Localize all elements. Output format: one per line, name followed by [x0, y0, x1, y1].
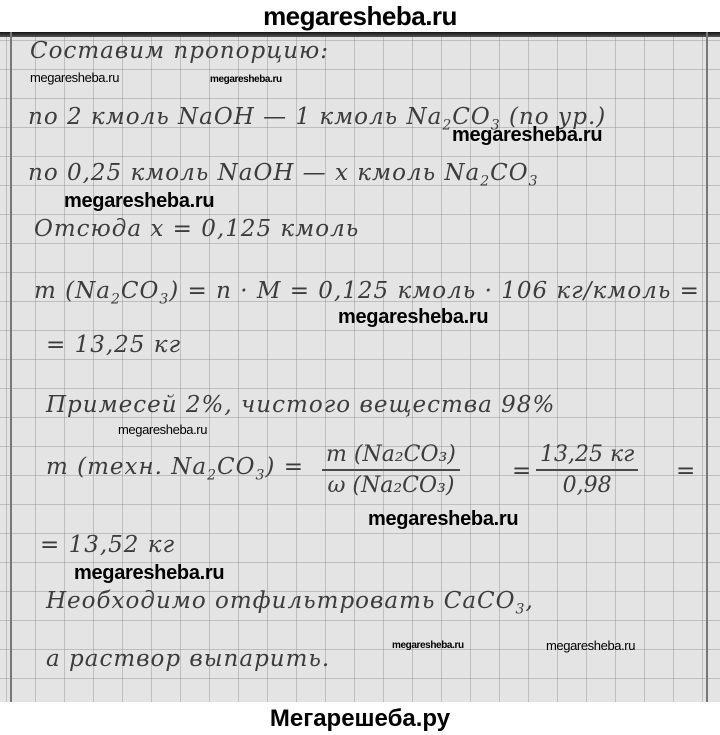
line-technical-mass: m (техн. Na2CO3) =: [46, 454, 304, 484]
watermark: megaresheba.ru: [338, 306, 488, 329]
watermark: megaresheba.ru: [210, 74, 282, 85]
watermark: megaresheba.ru: [74, 562, 224, 585]
equals-sign: =: [512, 458, 532, 484]
watermark: megaresheba.ru: [30, 70, 119, 85]
fraction-mass-over-purity: m (Na₂CO₃) ω (Na₂CO₃): [322, 442, 460, 498]
watermark: megaresheba.ru: [452, 124, 602, 147]
line-evaporate-instruction: а раствор выпарить.: [46, 646, 330, 672]
line-mass-formula: m (Na2CO3) = n · M = 0,125 кмоль · 106 к…: [34, 278, 700, 308]
watermark: megaresheba.ru: [118, 422, 207, 437]
line-proportion-heading: Составим пропорцию:: [30, 38, 329, 64]
equals-sign: =: [676, 458, 696, 484]
line-mass-result: = 13,25 кг: [46, 332, 181, 358]
watermark: megaresheba.ru: [546, 638, 635, 653]
watermark: megaresheba.ru: [64, 190, 214, 213]
line-technical-result: = 13,52 кг: [40, 532, 175, 558]
notebook-page: Составим пропорцию: megaresheba.ru megar…: [0, 32, 720, 702]
watermark: megaresheba.ru: [368, 508, 518, 531]
line-filter-instruction: Необходимо отфильтровать CaCO3,: [46, 588, 534, 618]
fraction-values: 13,25 кг 0,98: [536, 442, 638, 498]
site-header: megaresheba.ru: [0, 0, 720, 32]
fraction-numerator: 13,25 кг: [536, 442, 638, 471]
fraction-numerator: m (Na₂CO₃): [322, 442, 460, 471]
fraction-denominator: 0,98: [536, 471, 638, 498]
margin-line-left: [10, 32, 12, 702]
line-proportion-2: по 0,25 кмоль NaOH — x кмоль Na2CO3: [28, 160, 539, 190]
watermark: megaresheba.ru: [392, 640, 464, 651]
line-result-x: Отсюда x = 0,125 кмоль: [34, 216, 359, 242]
site-footer: Мегарешеба.ру: [0, 702, 720, 735]
margin-line-right: [706, 32, 708, 702]
fraction-denominator: ω (Na₂CO₃): [322, 471, 460, 498]
line-impurities: Примесей 2%, чистого вещества 98%: [46, 392, 555, 418]
